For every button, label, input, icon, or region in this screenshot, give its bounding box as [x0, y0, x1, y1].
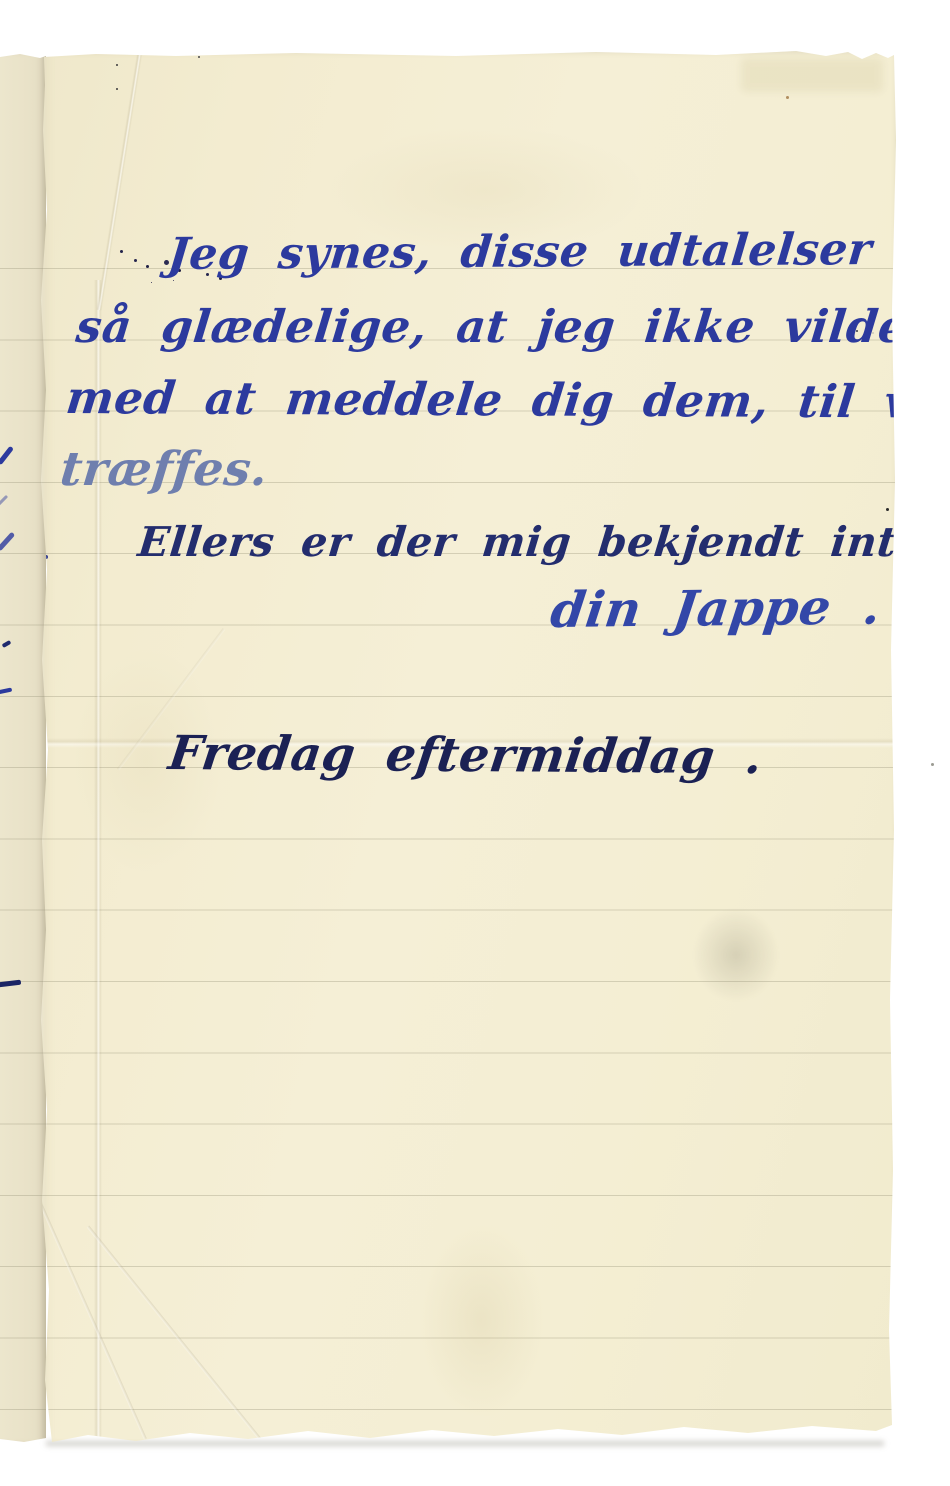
dust-fleck	[931, 763, 934, 766]
ghost-imprint	[741, 58, 883, 92]
handwritten-line: Jeg synes, disse udtalelser var	[166, 227, 950, 277]
ink-dot	[116, 64, 118, 66]
ink-speckles	[120, 250, 123, 253]
stain-dot	[786, 96, 789, 99]
ink-dot	[198, 56, 200, 58]
letter-scan: Jeg synes, disse udtalelser var så glæde…	[0, 0, 950, 1486]
handwritten-line: træffes.	[58, 446, 270, 493]
handwritten-line: med at meddele dig dem, til vi atter	[64, 375, 950, 425]
letter-page: Jeg synes, disse udtalelser var så glæde…	[36, 50, 898, 1445]
page-shadow	[46, 1441, 884, 1446]
handwritten-line: Ellers er der mig bekjendt intet nyt.	[136, 522, 950, 563]
dateline: Fredag eftermiddag .	[166, 730, 765, 781]
second-sheet-edge	[0, 53, 46, 1443]
ruled-lines	[36, 268, 898, 1414]
ink-dot	[886, 508, 889, 511]
ruled-lines	[0, 268, 46, 1414]
signature-line: din Jappe .	[548, 583, 884, 635]
ink-dot	[116, 88, 118, 90]
handwritten-line: så glædelige, at jeg ikke vilde vente	[74, 304, 950, 349]
